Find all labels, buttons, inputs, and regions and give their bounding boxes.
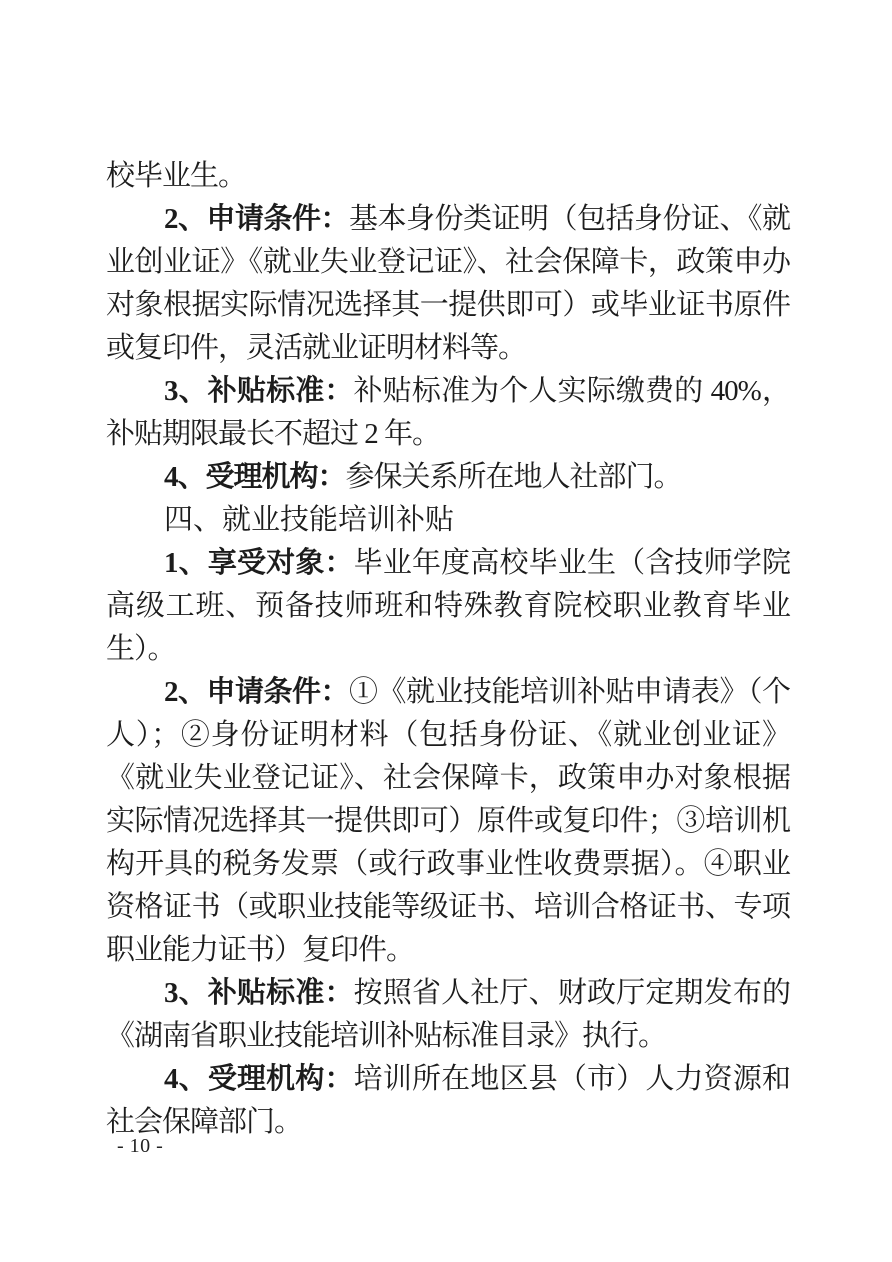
document-body: 校毕业生。 2、申请条件：基本身份类证明（包括身份证、《就业创业证》《就业失业登… [106, 155, 790, 1144]
paragraph: 4、受理机构：培训所在地区县（市）人力资源和社会保障部门。 [106, 1058, 790, 1144]
paragraph-text: ①《就业技能培训补贴申请表》（个人）；②身份证明材料（包括身份证、《就业创业证》… [106, 676, 790, 966]
paragraph: 1、享受对象：毕业年度高校毕业生（含技师学院高级工班、预备技师班和特殊教育院校职… [106, 542, 790, 671]
section-heading: 四、就业技能培训补贴 [106, 499, 790, 542]
paragraph-label: 4、受理机构： [164, 1063, 354, 1095]
paragraph: 2、申请条件：①《就业技能培训补贴申请表》（个人）；②身份证明材料（包括身份证、… [106, 671, 790, 972]
paragraph: 校毕业生。 [106, 155, 790, 198]
paragraph: 4、受理机构：参保关系所在地人社部门。 [106, 456, 790, 499]
document-page: 校毕业生。 2、申请条件：基本身份类证明（包括身份证、《就业创业证》《就业失业登… [0, 0, 892, 1262]
page-number: - 10 - [117, 1134, 163, 1158]
paragraph-label: 1、享受对象： [164, 547, 354, 579]
paragraph-label: 3、补贴标准： [164, 375, 354, 407]
paragraph: 2、申请条件：基本身份类证明（包括身份证、《就业创业证》《就业失业登记证》、社会… [106, 198, 790, 370]
paragraph-label: 3、补贴标准： [164, 977, 354, 1009]
section-heading-text: 四、就业技能培训补贴 [164, 504, 454, 536]
paragraph: 3、补贴标准：补贴标准为个人实际缴费的 40%，补贴期限最长不超过 2 年。 [106, 370, 790, 456]
paragraph-label: 2、申请条件： [164, 203, 349, 235]
paragraph-text: 参保关系所在地人社部门。 [346, 461, 682, 493]
paragraph: 3、补贴标准：按照省人社厅、财政厅定期发布的《湖南省职业技能培训补贴标准目录》执… [106, 972, 790, 1058]
paragraph-label: 2、申请条件： [164, 676, 349, 708]
paragraph-label: 4、受理机构： [164, 461, 346, 493]
paragraph-text: 校毕业生。 [106, 160, 246, 192]
